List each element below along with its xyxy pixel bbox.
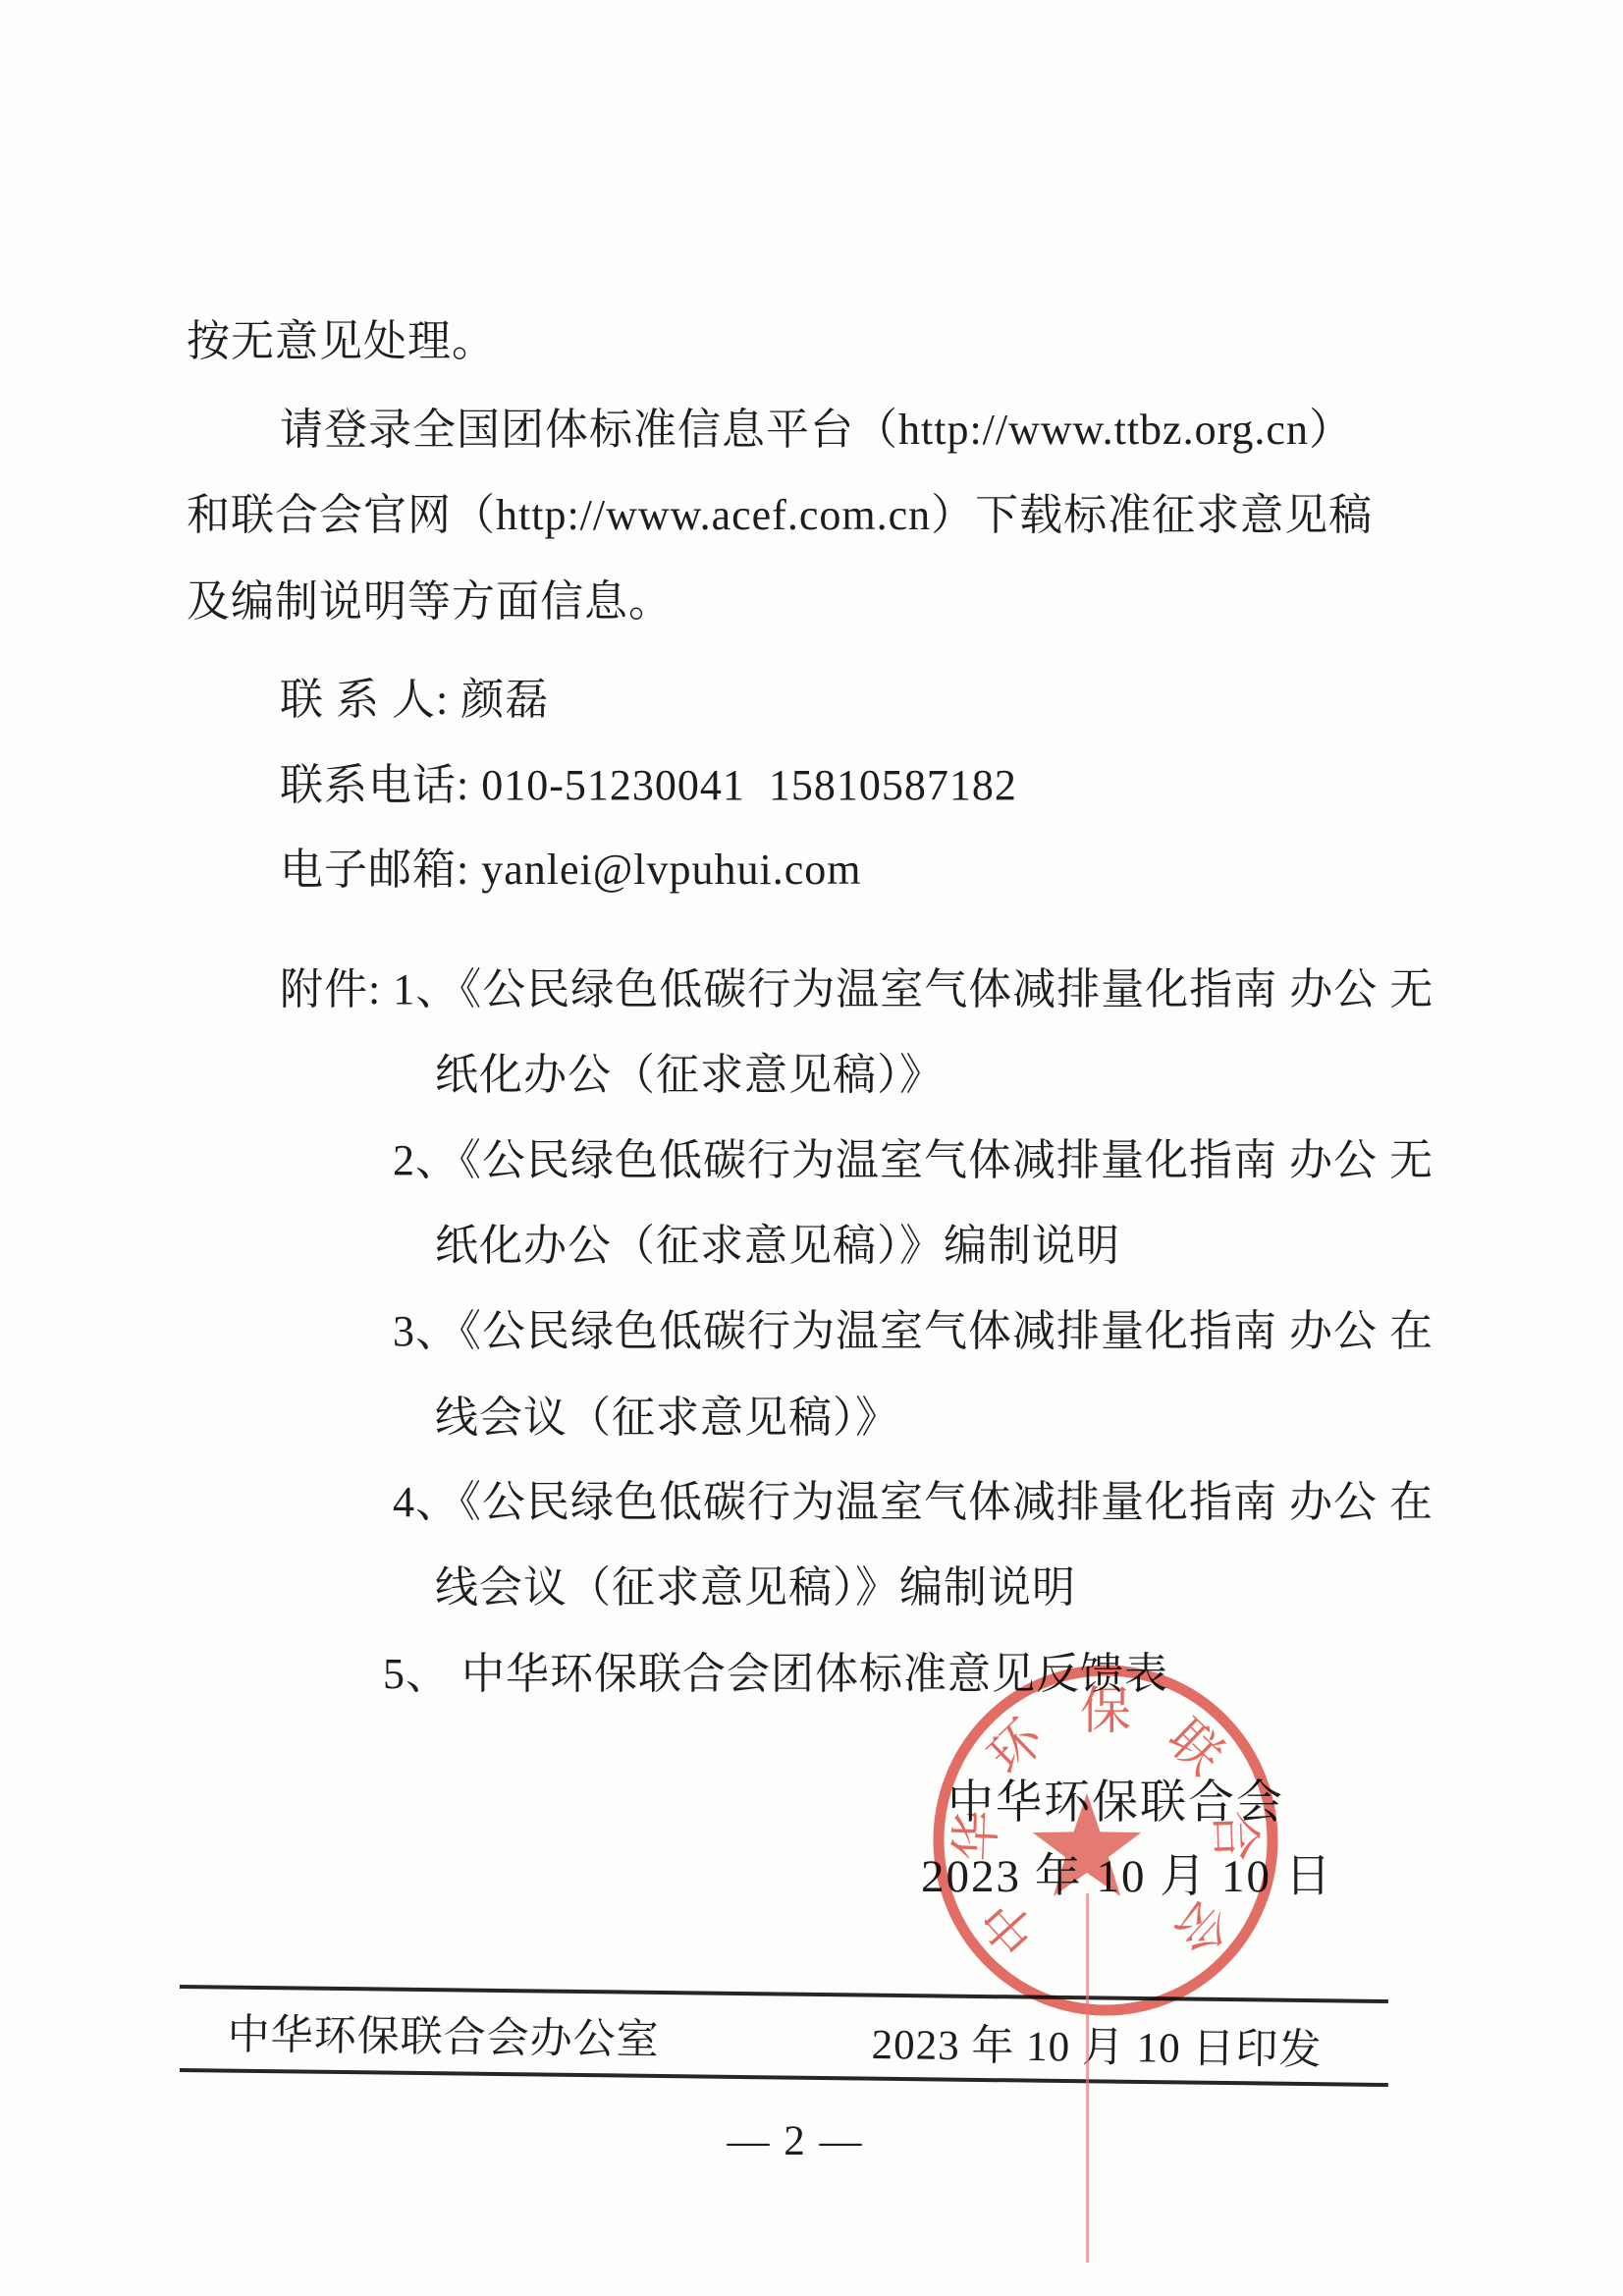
scan-fold-line	[1086, 1893, 1089, 2263]
body-closing-line: 按无意见处理。	[187, 314, 496, 368]
attachment-item2-line1: 2、《公民绿色低碳行为温室气体减排量化指南 办公 无	[393, 1133, 1434, 1187]
attachment-item1-line1: 附件: 1、《公民绿色低碳行为温室气体减排量化指南 办公 无	[280, 962, 1434, 1016]
body-website-cont: 及编制说明等方面信息。	[187, 574, 673, 629]
seal-arc-char: 保	[1080, 1684, 1131, 1740]
contact-phone-line: 联系电话: 010-51230041 15810587182	[280, 758, 1017, 812]
attachment-item4-line1: 4、《公民绿色低碳行为温室气体减排量化指南 办公 在	[393, 1475, 1434, 1529]
seal-arc-char: 合	[1205, 1809, 1263, 1862]
page-number: — 2 —	[687, 2117, 903, 2165]
attachment-item4-line2: 线会议（征求意见稿）》编制说明	[435, 1560, 1076, 1614]
attachment-item3-line1: 3、《公民绿色低碳行为温室气体减排量化指南 办公 在	[393, 1304, 1434, 1358]
attachment-item2-line2: 纸化办公（征求意见稿）》编制说明	[435, 1219, 1120, 1273]
document-page: 按无意见处理。 请登录全国团体标准信息平台（http://www.ttbz.or…	[0, 0, 1623, 2296]
attachment-item3-line2: 线会议（征求意见稿）》	[435, 1391, 899, 1445]
seal-arc-char: 华	[948, 1809, 1006, 1862]
official-seal-stamp: 中 华 环 保 联 合 会	[928, 1662, 1283, 2021]
footer-office: 中华环保联合会办公室	[227, 2009, 660, 2067]
body-platform-line: 请登录全国团体标准信息平台（http://www.ttbz.org.cn）	[280, 403, 1353, 457]
attachment-item1-line2: 纸化办公（征求意见稿）》	[435, 1048, 944, 1102]
seal-star	[1033, 1793, 1141, 1896]
body-website-line: 和联合会官网（http://www.acef.com.cn）下载标准征求意见稿	[187, 488, 1373, 542]
contact-email-line: 电子邮箱: yanlei@lvpuhui.com	[280, 843, 861, 897]
contact-person-line: 联 系 人: 颜磊	[280, 673, 549, 727]
footer-issue-date: 2023 年 10 月 10 日印发	[871, 2019, 1322, 2077]
